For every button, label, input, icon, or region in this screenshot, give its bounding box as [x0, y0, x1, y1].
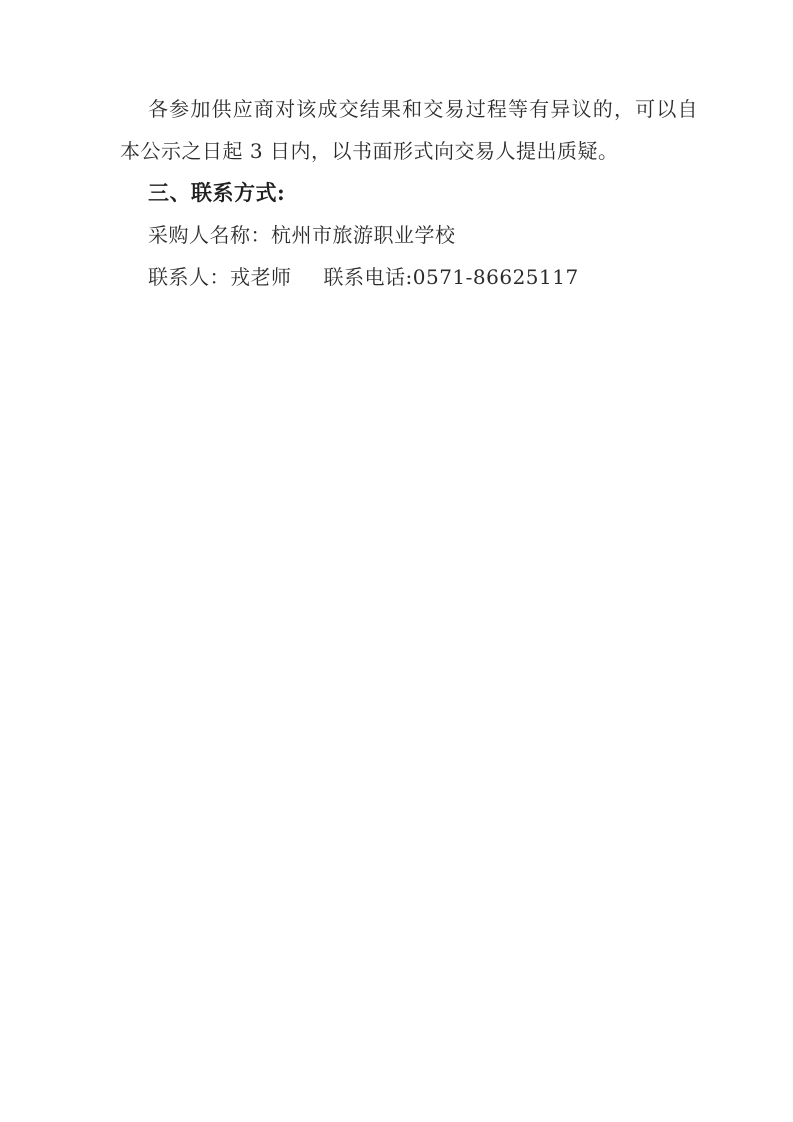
- contact-person-name: 戎老师: [230, 265, 292, 289]
- document-content: 各参加供应商对该成交结果和交易过程等有异议的，可以自本公示之日起 3 日内，以书…: [120, 88, 698, 298]
- purchaser-line: 采购人名称：杭州市旅游职业学校: [120, 214, 698, 256]
- document-page: 各参加供应商对该成交结果和交易过程等有异议的，可以自本公示之日起 3 日内，以书…: [0, 0, 793, 1122]
- phone-label: 联系电话:: [324, 265, 413, 289]
- phone-number: 0571-86625117: [413, 265, 579, 289]
- contact-line: 联系人：戎老师联系电话:0571-86625117: [120, 256, 698, 298]
- objection-paragraph: 各参加供应商对该成交结果和交易过程等有异议的，可以自本公示之日起 3 日内，以书…: [120, 88, 698, 172]
- purchaser-label: 采购人名称：: [148, 223, 271, 247]
- contact-section-heading: 三、联系方式:: [120, 172, 698, 214]
- purchaser-name: 杭州市旅游职业学校: [271, 223, 456, 247]
- contact-person-label: 联系人：: [148, 265, 230, 289]
